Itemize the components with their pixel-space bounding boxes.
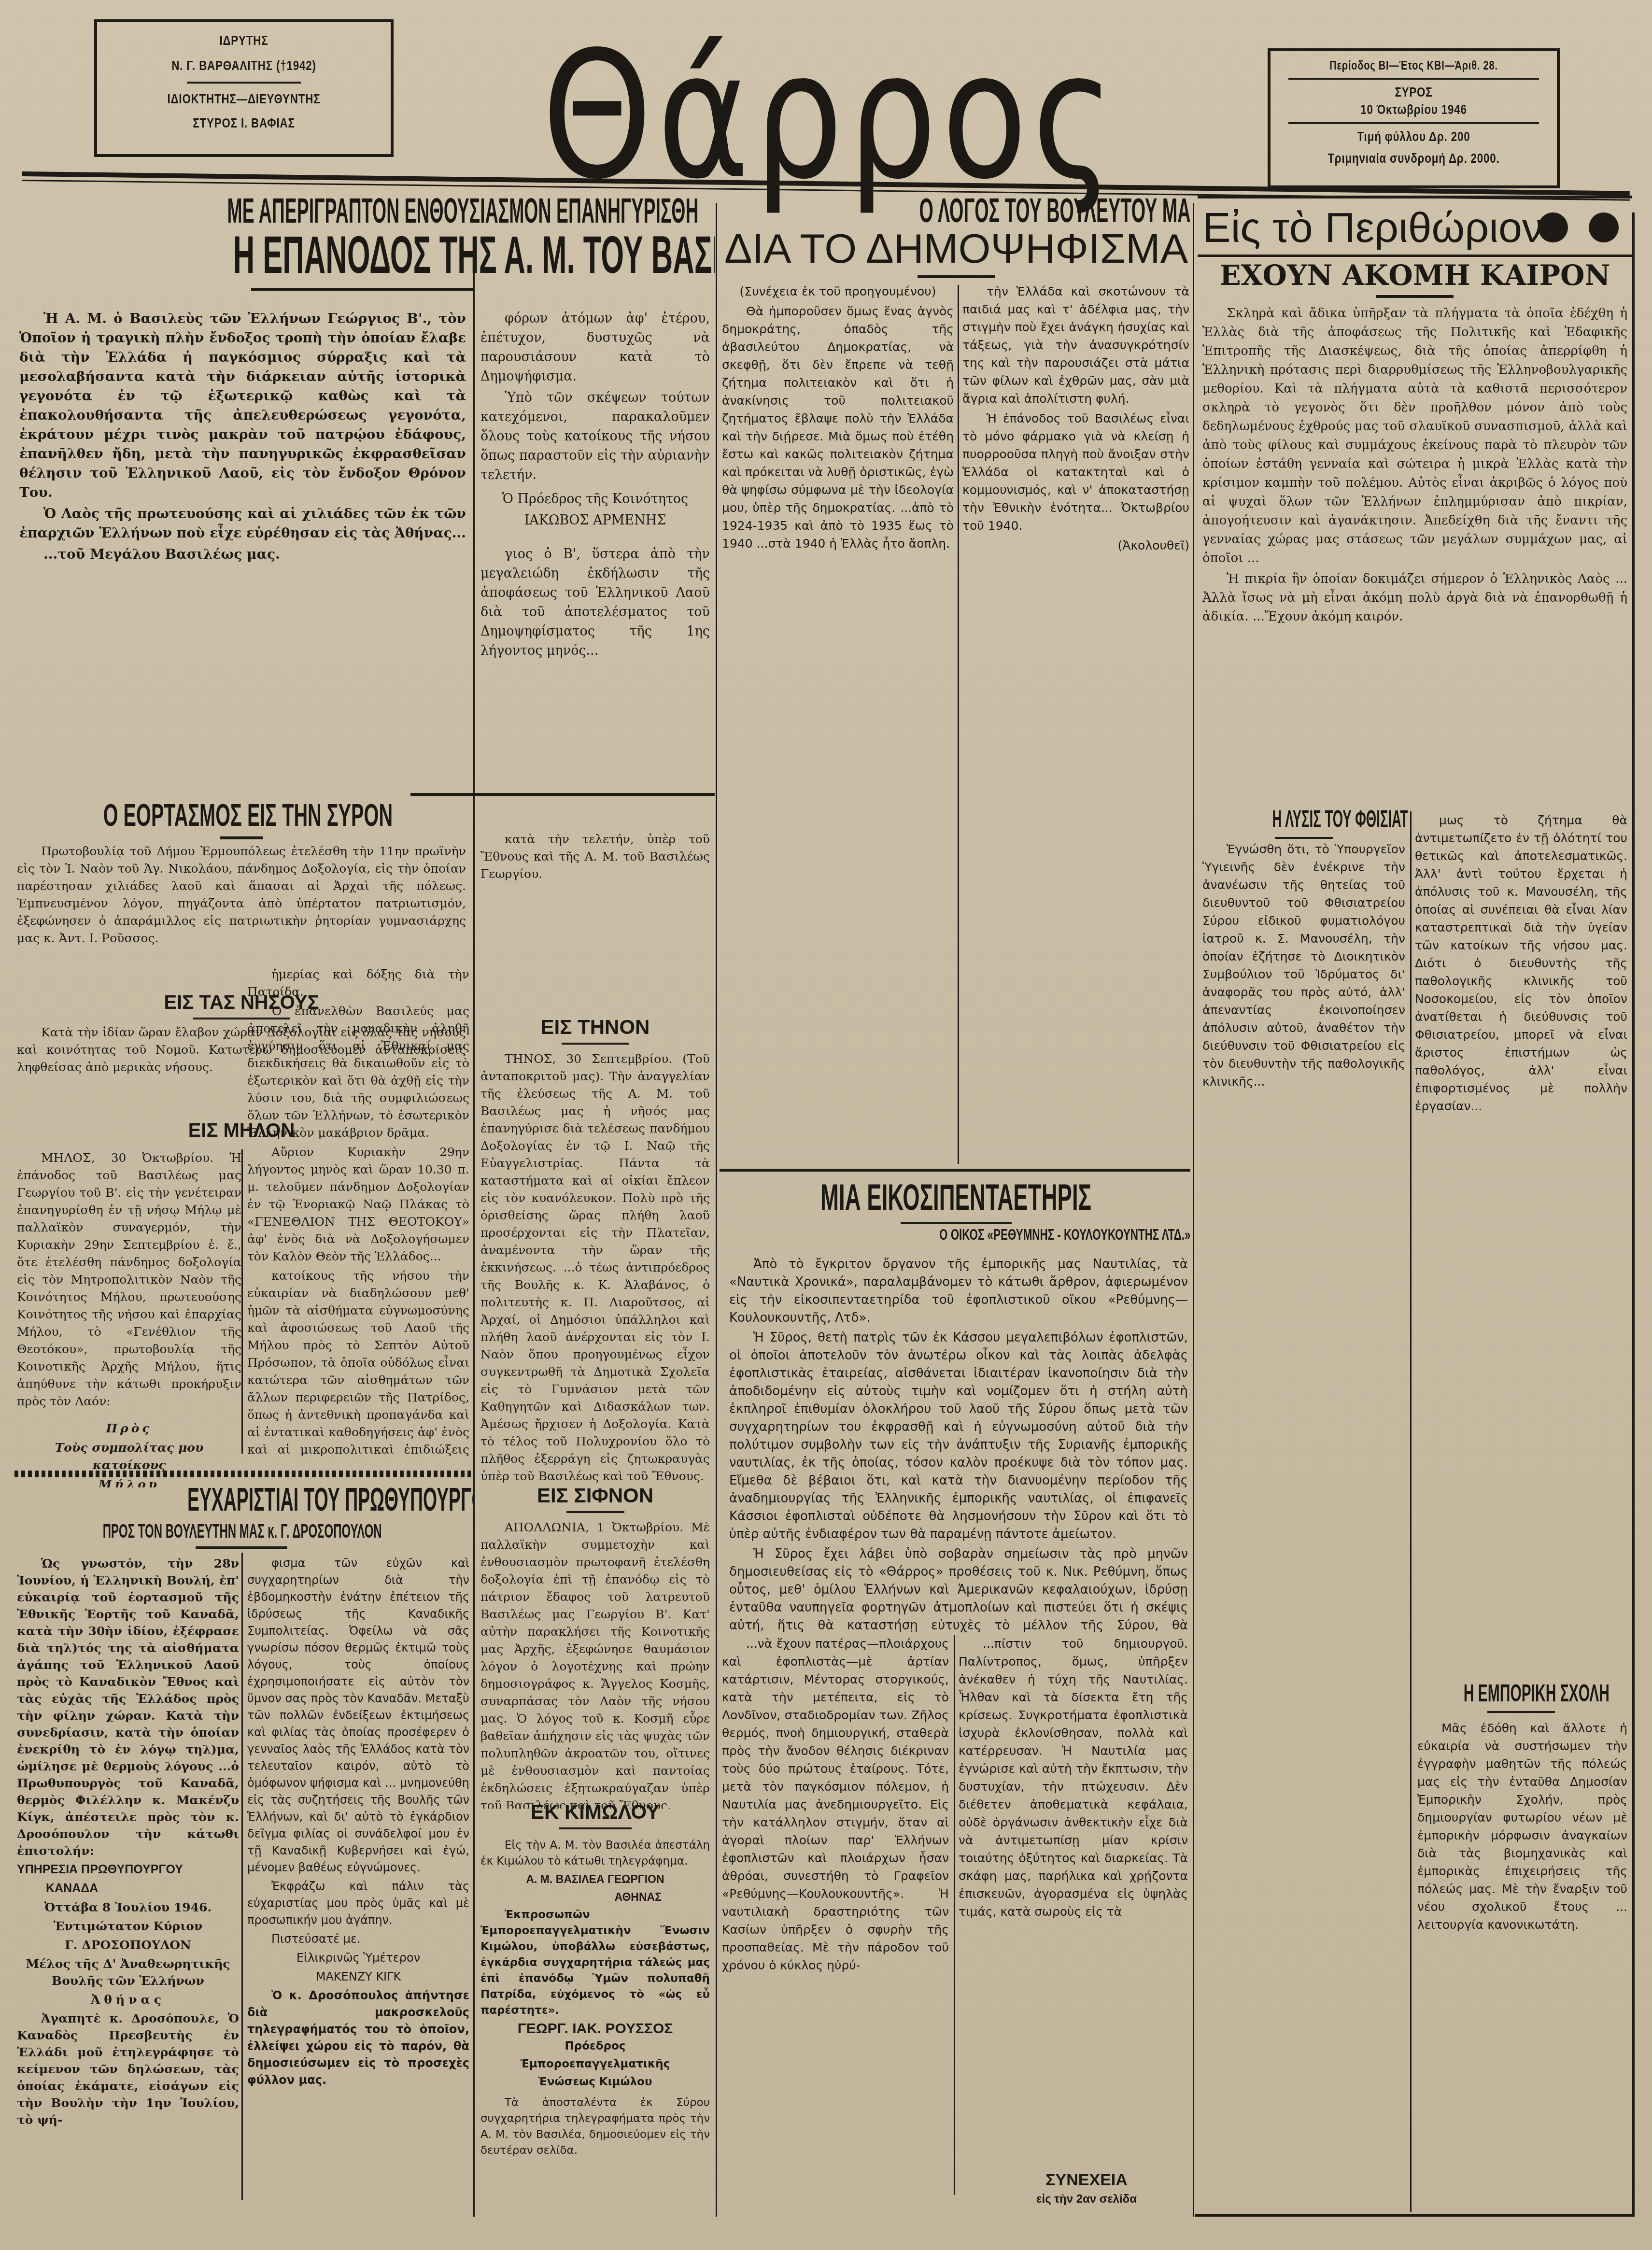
anniversary-body: Ἀπὸ τὸ ἔγκριτον ὄργανον τῆς ἐμπορικῆς μα… bbox=[729, 1256, 1188, 1632]
sanatorium-col-1: Ἐγνώσθη ὅτι, τὸ Ὑπουργεῖον Ὑγιεινῆς δὲν … bbox=[1202, 840, 1405, 1661]
column-rule bbox=[1632, 212, 1635, 2217]
sifnos-headline: ΕΙΣ ΣΙΦΝΟΝ bbox=[480, 1485, 710, 1513]
tinos-body: ΤΗΝΟΣ, 30 Σεπτεμβρίου. (Τοῦ ἀνταποκριτοῦ… bbox=[480, 1050, 710, 1485]
address-title: Πρὸς bbox=[17, 1420, 241, 1437]
column-rule bbox=[241, 1553, 243, 2200]
subscription: Τριμηνιαία συνδρομή Δρ. 2000. bbox=[1302, 150, 1525, 167]
margin-section-title: Εἰς τὸ Περιθώριον bbox=[1202, 205, 1540, 250]
address-line: Τοὺς συμπολίτας μου κατοίκους bbox=[17, 1439, 241, 1474]
bullet-dot bbox=[1589, 212, 1619, 242]
lead-kicker: ΜΕ ΑΠΕΡΙΓΡΑΠΤΟΝ ΕΝΘΟΥΣΙΑΣΜΟΝ ΕΠΑΝΗΓΥΡΙΣΘ… bbox=[10, 193, 715, 230]
continued-label[interactable]: ΣΥΝΕΧΕΙΑ bbox=[990, 2171, 1183, 2190]
divider bbox=[1288, 122, 1539, 124]
issue-box: Περίοδος ΒΙ—Έτος ΚΒΙ—Άριθ. 28. ΣΥΡΟΣ 10 … bbox=[1268, 48, 1560, 188]
divider bbox=[187, 82, 300, 84]
section-divider bbox=[720, 1169, 1190, 1172]
school-headline: Η ΕΜΠΟΡΙΚΗ ΣΧΟΛΗ bbox=[1415, 1681, 1627, 1713]
newspaper-page: ΙΔΡΥΤΗΣ Ν. Γ. ΒΑΡΘΑΛΙΤΗΣ (†1942) ΙΔΙΟΚΤΗ… bbox=[0, 0, 1652, 2250]
anniversary-col-2: ...πίστιν τοῦ δημιουργοῦ. Παλίντροπος, ὅ… bbox=[959, 1635, 1188, 2176]
kampanis-headline: ΔΙΑ ΤΟ ΔΗΜΟΨΗΦΙΣΜΑ bbox=[722, 227, 1190, 278]
letter-head: ΥΠΗΡΕΣΙΑ ΠΡΩΘΥΠΟΥΡΓΟΥ bbox=[17, 1861, 239, 1878]
middle-col: ἡμερίας καὶ δόξης διὰ τὴν Πατρίδα. Ὁ ἐπα… bbox=[247, 966, 469, 1458]
canada-col-2: φισμα τῶν εὐχῶν καὶ συγχαρητηρίων διὰ τὴ… bbox=[247, 1555, 469, 2222]
continued-page: εἰς τὴν 2αν σελίδα bbox=[990, 2193, 1183, 2206]
sifnos-body: ΑΠΟΛΛΩΝΙΑ, 1 Ὀκτωβρίου. Μὲ παλλαϊκὴν συμ… bbox=[480, 1519, 710, 1809]
followed-note: (Ἀκολουθεῖ) bbox=[962, 537, 1189, 554]
issue-date: 10 Όκτωβρίου 1946 bbox=[1302, 101, 1525, 118]
column-rule bbox=[1410, 811, 1412, 2212]
divider bbox=[1288, 78, 1539, 80]
section-rule bbox=[1198, 255, 1632, 257]
kampanis-col-2: τὴν Ἑλλάδα καὶ σκοτώνουν τὰ παιδιά μας κ… bbox=[962, 283, 1189, 1161]
lead-col-1: Ἡ Α. Μ. ὁ Βασιλεὺς τῶν Ἑλλήνων Γεώργιος … bbox=[19, 309, 466, 792]
milos-body: ΜΗΛΟΣ, 30 Ὀκτωβρίου. Ἡ ἐπάνοδος τοῦ Βασι… bbox=[17, 1149, 241, 1487]
column-rule bbox=[473, 256, 475, 2217]
letter-signer: ΜΑΚΕΝΖΥ ΚΙΓΚ bbox=[247, 1968, 469, 1985]
section-divider bbox=[410, 793, 715, 796]
letter-date: Ὀττάβα 8 Ἰουλίου 1946. bbox=[17, 1899, 239, 1916]
sanatorium-col-2: μως τὸ ζήτημα θὰ ἀντιμετωπίζετο ἐν τῇ ὁλ… bbox=[1415, 811, 1627, 1676]
kimolos-body: Εἰς τὴν Α. Μ. τὸν Βασιλέα ἀπεστάλη ἐκ Κι… bbox=[480, 1838, 710, 2224]
telegram-city: ΑΘΗΝΑΣ bbox=[480, 1889, 710, 1905]
continued-note: (Συνέχεια ἐκ τοῦ προηγουμένου) bbox=[722, 283, 954, 300]
telegram-signer: ΓΕΩΡΓ. ΙΑΚ. ΡΟΥΣΣΟΣ bbox=[480, 2021, 710, 2037]
syros-headline: Ο ΕΟΡΤΑΣΜΟΣ ΕΙΣ ΤΗΝ ΣΥΡΟΝ bbox=[14, 799, 468, 839]
margin-headline: ΕΧΟΥΝ ΑΚΟΜΗ ΚΑΙΡΟΝ bbox=[1200, 261, 1630, 298]
lead-paragraph: Ὁ Λαὸς τῆς πρωτευούσης καὶ αἱ χιλιάδες τ… bbox=[19, 504, 466, 543]
lead-paragraph: Ὑπὸ τῶν σκέψεων τούτων κατεχόμενοι, παρα… bbox=[480, 388, 710, 485]
bottom-rule bbox=[1195, 2214, 1635, 2217]
owner-label: ΙΔΙΟΚΤΗΤΗΣ—ΔΙΕΥΘΥΝΤΗΣ bbox=[130, 90, 357, 108]
kimolos-headline: ΕΚ ΚΙΜΩΛΟΥ bbox=[480, 1801, 710, 1829]
column-rule bbox=[241, 1149, 243, 1454]
founder-label: ΙΔΡΥΤΗΣ bbox=[130, 32, 357, 49]
price: Τιμή φύλλου Δρ. 200 bbox=[1302, 128, 1525, 145]
tinos-headline: ΕΙΣ ΤΗΝΟΝ bbox=[480, 1017, 710, 1045]
margin-body: Σκληρὰ καὶ ἄδικα ὑπῆρξαν τὰ πλήγματα τὰ … bbox=[1202, 304, 1627, 797]
sanatorium-headline: Η ΛΥΣΙΣ ΤΟΥ ΦΘΙΣΙΑΤΡΕΙΟΥ bbox=[1200, 807, 1408, 839]
middle-paragraph: γιος ὁ Β', ὕστερα ἀπὸ τὴν μεγαλειώδη ἐκδ… bbox=[480, 545, 710, 661]
owner-name: ΣΤΥΡΟΣ Ι. ΒΑΦΙΑΣ bbox=[130, 114, 357, 132]
issue-number: Περίοδος ΒΙ—Έτος ΚΒΙ—Άριθ. 28. bbox=[1302, 58, 1525, 74]
founder-box: ΙΔΡΥΤΗΣ Ν. Γ. ΒΑΡΘΑΛΙΤΗΣ (†1942) ΙΔΙΟΚΤΗ… bbox=[94, 19, 394, 157]
canada-subheadline: ΠΡΟΣ ΤΟΝ ΒΟΥΛΕΥΤΗΝ ΜΑΣ κ. Γ. ΔΡΟΣΟΠΟΥΛΟΝ bbox=[10, 1521, 473, 1549]
anniversary-subheadline: Ο ΟΙΚΟΣ «ΡΕΘΥΜΝΗΣ - ΚΟΥΛΟΥΚΟΥΝΤΗΣ ΛΤΔ.» bbox=[722, 1227, 1190, 1243]
signature-name: ΙΑΚΩΒΟΣ ΑΡΜΕΝΗΣ bbox=[480, 511, 710, 530]
lead-paragraph: ...τοῦ Μεγάλου Βασιλέως μας. bbox=[19, 545, 466, 564]
column-rule bbox=[716, 203, 717, 2217]
lead-col-2: φόρων ἀτόμων ἀφ' ἑτέρου, ἐπέτυχον, δυστυ… bbox=[480, 309, 710, 826]
telegram-body: Ἐκπροσωπῶν Ἐμποροεπαγγελματικὴν Ἕνωσιν Κ… bbox=[480, 1907, 710, 2019]
column-rule bbox=[958, 285, 959, 1164]
newspaper-title: Θάρρος bbox=[541, 29, 1120, 204]
lead-paragraph: Ἡ Α. Μ. ὁ Βασιλεὺς τῶν Ἑλλήνων Γεώργιος … bbox=[19, 309, 466, 502]
school-body: Μᾶς ἐδόθη καὶ ἄλλοτε ἡ εὐκαιρία νὰ συστή… bbox=[1417, 1719, 1627, 2202]
column-rule bbox=[954, 1635, 955, 2195]
kampanis-kicker: Ο ΛΟΓΟΣ ΤΟΥ ΒΟΥΛΕΥΤΟΥ ΜΑΣ Κου ΝΙΚ. ΚΑΜΠΑ… bbox=[722, 193, 1190, 229]
lead-headline: Η ΕΠΑΝΟΔΟΣ ΤΗΣ Α. Μ. ΤΟΥ ΒΑΣΙΛΕΩΣ bbox=[10, 227, 715, 291]
tinos-pre: κατὰ τὴν τελετήν, ὑπὲρ τοῦ Ἔθνους καὶ τῆ… bbox=[480, 831, 710, 1033]
canada-col-1: Ὡς γνωστόν, τὴν 28ν Ἰουνίου, ἡ Ἑλληνικὴ … bbox=[17, 1555, 239, 2222]
bullet-dot bbox=[1538, 212, 1568, 242]
lead-paragraph: φόρων ἀτόμων ἀφ' ἑτέρου, ἐπέτυχον, δυστυ… bbox=[480, 309, 710, 386]
place: ΣΥΡΟΣ bbox=[1302, 84, 1525, 101]
founder-name: Ν. Γ. ΒΑΡΘΑΛΙΤΗΣ (†1942) bbox=[130, 57, 357, 74]
kampanis-col-1: (Συνέχεια ἐκ τοῦ προηγουμένου) Θὰ ἠμπορο… bbox=[722, 283, 954, 1046]
signature-title: Ὁ Πρόεδρος τῆς Κοινότητος bbox=[480, 490, 710, 509]
column-rule bbox=[1193, 203, 1194, 2217]
telegram-addressee: Α. Μ. ΒΑΣΙΛΕΑ ΓΕΩΡΓΙΟΝ bbox=[480, 1871, 710, 1887]
ornament-divider bbox=[14, 1471, 471, 1477]
canada-headline: ΕΥΧΑΡΙΣΤΙΑΙ ΤΟΥ ΠΡΩΘΥΠΟΥΡΓΟΥ ΤΟΥ ΚΑΝΑΔΑ bbox=[10, 1483, 473, 1517]
anniversary-col-1: ...νὰ ἔχουν πατέρας—πλοιάρχους καὶ ἐφοπλ… bbox=[722, 1635, 949, 2207]
section-rule bbox=[1198, 196, 1632, 198]
letter-sign: Εἰλικρινῶς Ὑμέτερον bbox=[247, 1950, 469, 1967]
anniversary-headline: ΜΙΑ ΕΙΚΟΣΙΠΕΝΤΑΕΤΗΡΙΣ bbox=[722, 1178, 1190, 1224]
